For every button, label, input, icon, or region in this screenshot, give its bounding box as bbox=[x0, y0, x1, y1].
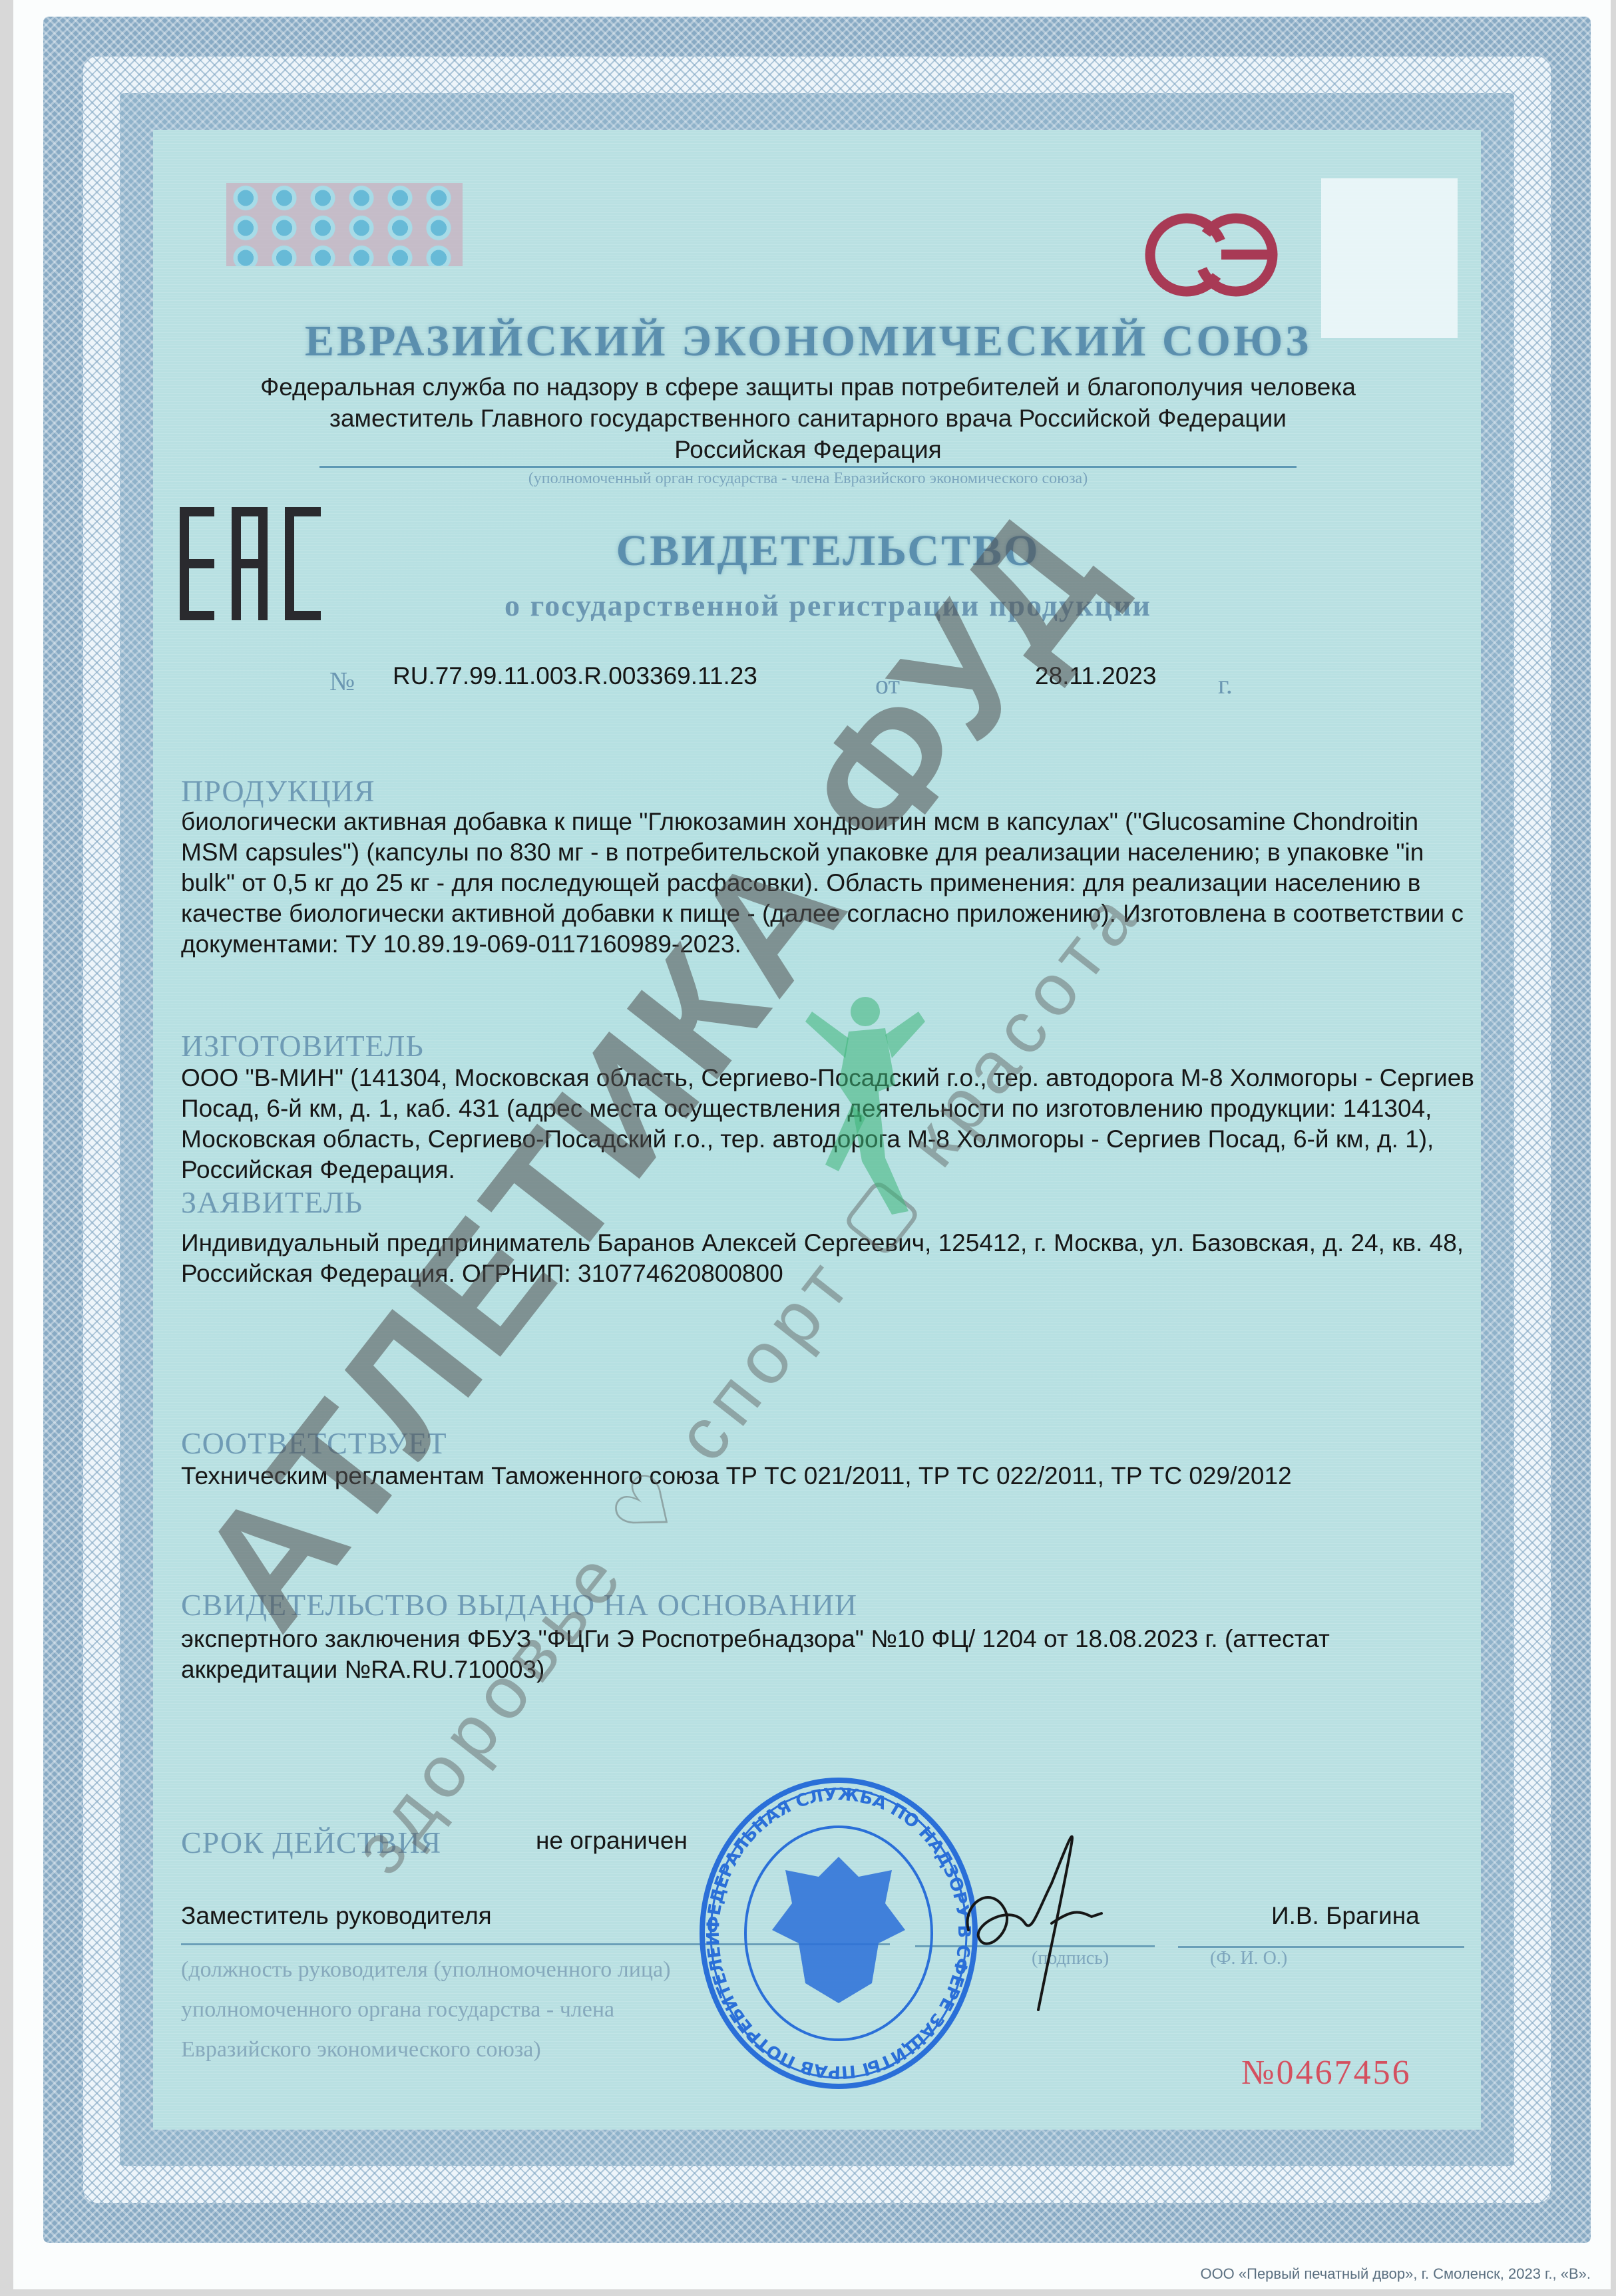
position-note: (должность руководителя (уполномоченного… bbox=[181, 1950, 727, 2070]
header-divider bbox=[319, 466, 1297, 468]
printer-imprint: ООО «Первый печатный двор», г. Смоленск,… bbox=[1200, 2265, 1591, 2283]
year-suffix: г. bbox=[1218, 669, 1233, 700]
certificate-subtitle: о государственной регистрации продукции bbox=[0, 588, 1616, 623]
validity-value: не ограничен bbox=[536, 1827, 688, 1855]
ce-logo-icon bbox=[1141, 210, 1281, 299]
athlete-figure-icon bbox=[785, 985, 945, 1225]
applicant-heading: ЗАЯВИТЕЛЬ bbox=[181, 1185, 363, 1220]
agency-line: Федеральная служба по надзору в сфере за… bbox=[160, 371, 1456, 403]
certificate-title: СВИДЕТЕЛЬСТВО bbox=[0, 526, 1616, 576]
number-sign-label: № bbox=[329, 666, 355, 697]
signer-position: Заместитель руководителя bbox=[181, 1902, 492, 1930]
manufacturer-heading: ИЗГОТОВИТЕЛЬ bbox=[181, 1028, 424, 1063]
union-title: ЕВРАЗИЙСКИЙ ЭКОНОМИЧЕСКИЙ СОЮЗ bbox=[0, 316, 1616, 367]
security-patch bbox=[1321, 178, 1458, 338]
form-serial-number: №0467456 bbox=[1241, 2053, 1412, 2092]
signer-name: И.В. Брагина bbox=[1271, 1902, 1420, 1930]
official-stamp-icon: ФЕДЕРАЛЬНАЯ СЛУЖБА ПО НАДЗОРУ В СФЕРЕ ЗА… bbox=[692, 1770, 985, 2096]
hologram-sticker bbox=[226, 183, 463, 266]
agency-note: (уполномоченный орган государства - член… bbox=[0, 470, 1616, 488]
agency-line: заместитель Главного государственного са… bbox=[160, 403, 1456, 434]
fio-label: (Ф. И. О.) bbox=[1210, 1948, 1287, 1969]
product-heading: ПРОДУКЦИЯ bbox=[181, 773, 375, 809]
signature-icon bbox=[958, 1823, 1131, 2023]
registration-number: RU.77.99.11.003.R.003369.11.23 bbox=[393, 662, 757, 690]
issuing-agency: Федеральная служба по надзору в сфере за… bbox=[160, 371, 1456, 465]
basis-text: экспертного заключения ФБУЗ "ФЦГи Э Росп… bbox=[181, 1624, 1486, 1685]
agency-line: Российская Федерация bbox=[160, 434, 1456, 465]
